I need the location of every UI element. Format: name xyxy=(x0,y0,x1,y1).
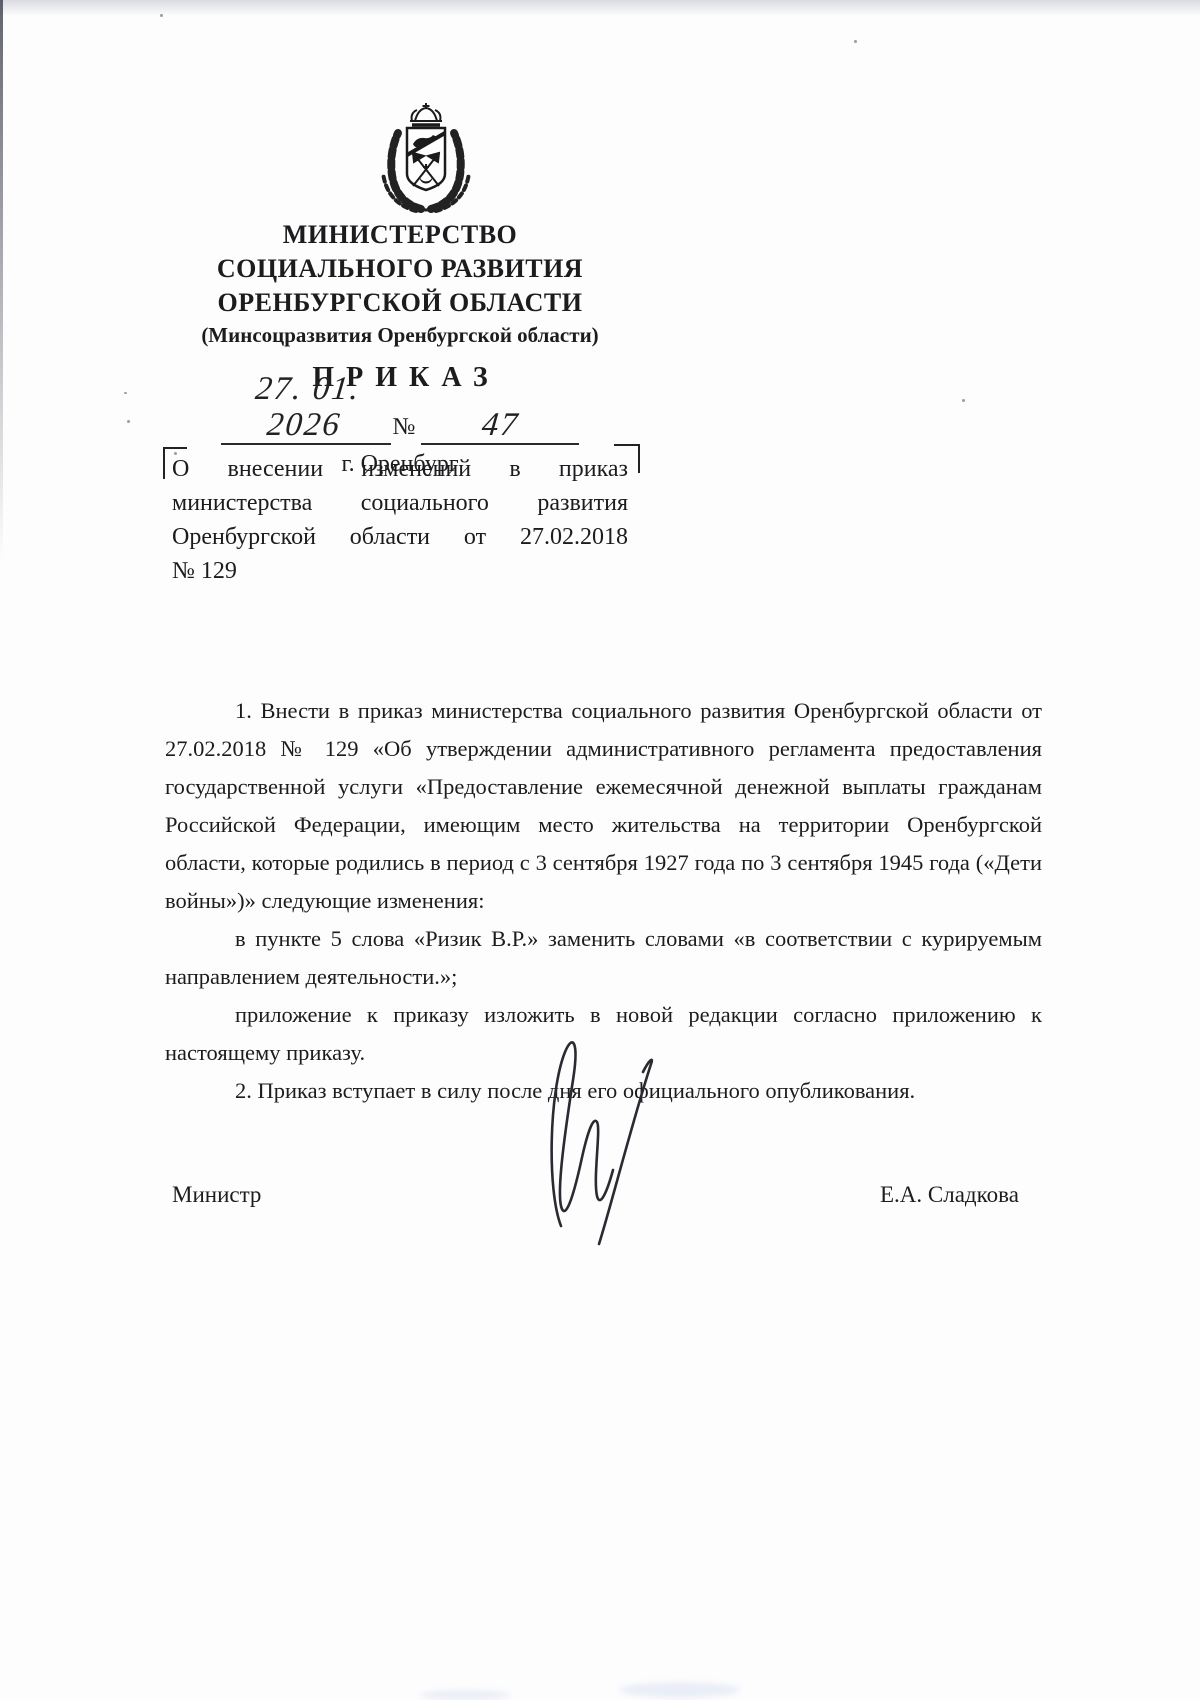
ministry-name-line2: СОЦИАЛЬНОГО РАЗВИТИЯ xyxy=(120,252,680,286)
subject-line: О внесении изменений в приказ xyxy=(172,452,628,486)
corner-mark-left xyxy=(163,447,187,479)
handwritten-number: 47 xyxy=(480,407,521,443)
number-field: 47 xyxy=(421,407,579,445)
scan-left-edge xyxy=(0,0,3,560)
number-sign: № xyxy=(391,410,422,445)
date-and-number-row: 27. 01. 2026 № 47 xyxy=(120,401,680,445)
ministry-name-line3: ОРЕНБУРГСКОЙ ОБЛАСТИ xyxy=(120,286,680,320)
scan-smudge xyxy=(420,1690,510,1700)
ministry-name-line1: МИНИСТЕРСТВО xyxy=(120,218,680,252)
scan-speck xyxy=(854,40,857,43)
scan-speck xyxy=(160,14,163,17)
scan-top-edge xyxy=(0,0,1200,16)
emblem-wrap xyxy=(146,100,706,218)
body-paragraph-2: в пункте 5 слова «Ризик В.Р.» заменить с… xyxy=(165,920,1042,996)
subject-line: Оренбургской области от 27.02.2018 xyxy=(172,520,628,554)
signer-name: Е.А. Сладкова xyxy=(880,1182,1019,1208)
orenburg-oblast-coat-of-arms-icon xyxy=(366,100,486,216)
ministry-short-name: (Минсоцразвития Оренбургской области) xyxy=(120,322,680,348)
subject-line: № 129 xyxy=(172,554,628,588)
scan-speck xyxy=(962,399,965,402)
date-field: 27. 01. 2026 xyxy=(221,371,391,445)
corner-mark-right xyxy=(614,444,640,473)
document-header: МИНИСТЕРСТВО СОЦИАЛЬНОГО РАЗВИТИЯ ОРЕНБУ… xyxy=(120,100,680,479)
body-paragraph-1: 1. Внести в приказ министерства социальн… xyxy=(165,692,1042,920)
document-type-title: ПРИКАЗ xyxy=(120,362,680,394)
minister-signature-icon xyxy=(515,1030,675,1250)
subject-line: министерства социального развития xyxy=(172,486,628,520)
scan-smudge xyxy=(620,1682,740,1698)
signer-position-label: Министр xyxy=(172,1182,261,1208)
subject-block: О внесении изменений в приказ министерст… xyxy=(172,452,628,588)
handwritten-date: 27. 01. 2026 xyxy=(217,371,395,443)
